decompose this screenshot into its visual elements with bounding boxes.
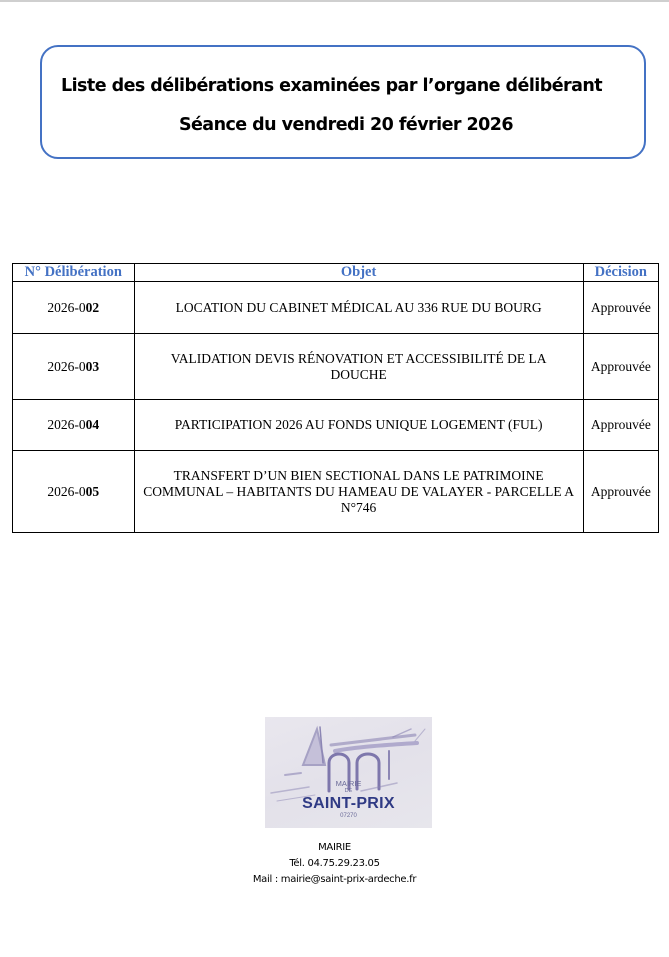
footer-email: Mail : mairie@saint-prix-ardeche.fr <box>0 872 669 888</box>
number-prefix: 2026-0 <box>47 359 85 374</box>
table-row: 2026-004 PARTICIPATION 2026 AU FONDS UNI… <box>13 400 659 451</box>
deliberation-number: 2026-002 <box>13 282 135 334</box>
footer-contact: MAIRIE Tél. 04.75.29.23.05 Mail : mairie… <box>0 840 669 888</box>
document-title: Liste des délibérations examinées par l’… <box>61 76 602 96</box>
deliberation-number: 2026-004 <box>13 400 135 451</box>
deliberation-decision: Approuvée <box>583 334 658 400</box>
title-box: Liste des délibérations examinées par l’… <box>40 45 646 159</box>
deliberation-object: TRANSFERT D’UN BIEN SECTIONAL DANS LE PA… <box>134 451 583 533</box>
deliberation-decision: Approuvée <box>583 451 658 533</box>
town-hall-logo: MAIRIE DE SAINT-PRIX 07270 <box>265 717 432 828</box>
deliberation-decision: Approuvée <box>583 400 658 451</box>
logo-mairie-text: MAIRIE <box>265 779 432 788</box>
column-header-decision: Décision <box>583 264 658 282</box>
number-suffix: 02 <box>86 300 100 315</box>
footer-mairie: MAIRIE <box>0 840 669 856</box>
page-top-border <box>0 0 669 2</box>
deliberation-object: LOCATION DU CABINET MÉDICAL AU 336 RUE D… <box>134 282 583 334</box>
deliberations-table: N° Délibération Objet Décision 2026-002 … <box>12 263 659 533</box>
number-suffix: 04 <box>86 417 100 432</box>
deliberation-number: 2026-003 <box>13 334 135 400</box>
table-row: 2026-005 TRANSFERT D’UN BIEN SECTIONAL D… <box>13 451 659 533</box>
number-prefix: 2026-0 <box>47 484 85 499</box>
number-prefix: 2026-0 <box>47 300 85 315</box>
column-header-object: Objet <box>134 264 583 282</box>
footer-phone: Tél. 04.75.29.23.05 <box>0 856 669 872</box>
table-row: 2026-003 VALIDATION DEVIS RÉNOVATION ET … <box>13 334 659 400</box>
logo-de-text: DE <box>265 788 432 794</box>
table-header-row: N° Délibération Objet Décision <box>13 264 659 282</box>
session-date: Séance du vendredi 20 février 2026 <box>42 115 644 135</box>
number-suffix: 05 <box>86 484 100 499</box>
deliberation-object: VALIDATION DEVIS RÉNOVATION ET ACCESSIBI… <box>134 334 583 400</box>
logo-town-name: SAINT-PRIX <box>265 795 432 813</box>
deliberation-object: PARTICIPATION 2026 AU FONDS UNIQUE LOGEM… <box>134 400 583 451</box>
deliberation-decision: Approuvée <box>583 282 658 334</box>
table-row: 2026-002 LOCATION DU CABINET MÉDICAL AU … <box>13 282 659 334</box>
number-prefix: 2026-0 <box>47 417 85 432</box>
number-suffix: 03 <box>86 359 100 374</box>
logo-postal-code: 07270 <box>265 813 432 819</box>
deliberation-number: 2026-005 <box>13 451 135 533</box>
column-header-number: N° Délibération <box>13 264 135 282</box>
